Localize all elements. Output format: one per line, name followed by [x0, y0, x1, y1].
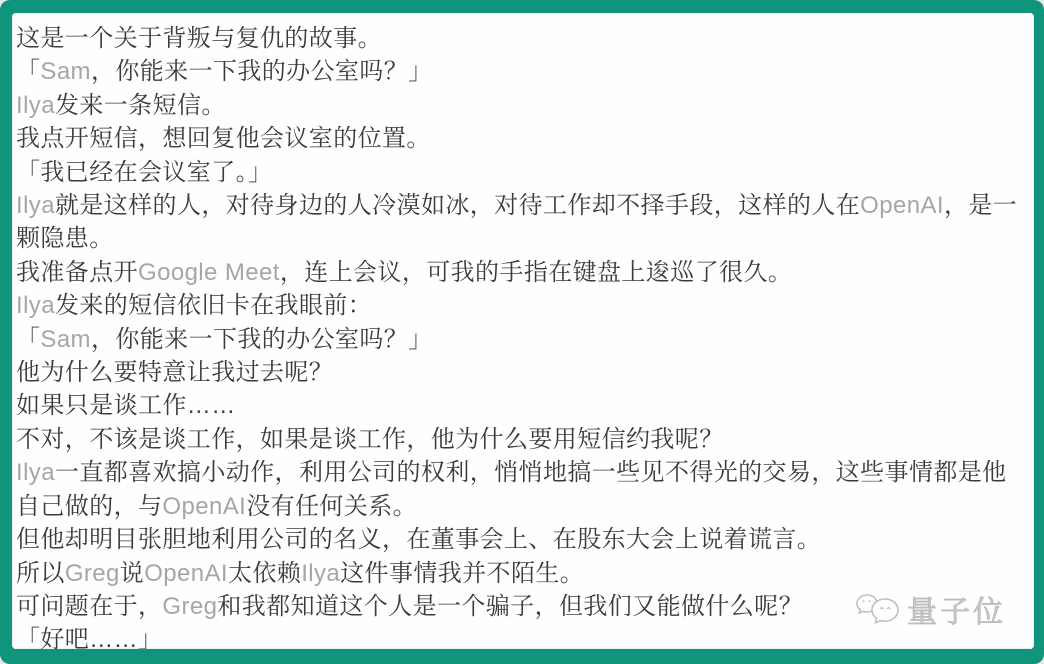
qbitai-watermark: 量子位	[855, 587, 1006, 631]
latin-name-text: Google Meet	[138, 259, 280, 286]
latin-name-text: Greg	[162, 593, 217, 620]
latin-name-text: Sam	[40, 58, 91, 85]
chat-bubbles-icon	[855, 591, 901, 627]
latin-name-text: Sam	[40, 326, 91, 353]
screenshot-canvas: 这是一个关于背叛与复仇的故事。「Sam，你能来一下我的办公室吗？」Ilya发来一…	[0, 0, 1044, 664]
latin-name-text: Ilya	[16, 92, 55, 119]
story-text: 这是一个关于背叛与复仇的故事。「Sam，你能来一下我的办公室吗？」Ilya发来一…	[16, 22, 1030, 649]
story-line: Ilya发来的短信依旧卡在我眼前：	[16, 289, 1030, 322]
story-line: 他为什么要特意让我过去呢？	[16, 356, 1030, 389]
latin-name-text: OpenAI	[144, 560, 228, 587]
latin-name-text: Ilya	[16, 192, 55, 219]
latin-name-text: Greg	[65, 560, 120, 587]
story-line: Ilya一直都喜欢搞小动作，利用公司的权利，悄悄地搞一些见不得光的交易，这些事情…	[16, 456, 1030, 523]
watermark-label: 量子位	[907, 587, 1006, 631]
teal-border-frame: 这是一个关于背叛与复仇的故事。「Sam，你能来一下我的办公室吗？」Ilya发来一…	[0, 0, 1044, 664]
latin-name-text: Ilya	[16, 459, 55, 486]
story-line: Ilya就是这样的人，对待身边的人冷漠如冰，对待工作却不择手段，这样的人在Ope…	[16, 189, 1030, 256]
latin-name-text: OpenAI	[860, 192, 944, 219]
story-line: 我准备点开Google Meet，连上会议，可我的手指在键盘上逡巡了很久。	[16, 256, 1030, 289]
story-line: 但他却明目张胆地利用公司的名义，在董事会上、在股东大会上说着谎言。	[16, 523, 1030, 556]
story-line: Ilya发来一条短信。	[16, 89, 1030, 122]
latin-name-text: Ilya	[301, 560, 340, 587]
story-line: 如果只是谈工作……	[16, 389, 1030, 422]
story-line: 「Sam，你能来一下我的办公室吗？」	[16, 323, 1030, 356]
story-line: 「Sam，你能来一下我的办公室吗？」	[16, 55, 1030, 88]
story-line: 所以Greg说OpenAI太依赖Ilya这件事情我并不陌生。	[16, 557, 1030, 590]
latin-name-text: Ilya	[16, 292, 55, 319]
story-line: 这是一个关于背叛与复仇的故事。	[16, 22, 1030, 55]
story-line: 我点开短信，想回复他会议室的位置。	[16, 122, 1030, 155]
story-line: 不对，不该是谈工作，如果是谈工作，他为什么要用短信约我呢？	[16, 423, 1030, 456]
story-line: 「我已经在会议室了。」	[16, 156, 1030, 189]
story-page: 这是一个关于背叛与复仇的故事。「Sam，你能来一下我的办公室吗？」Ilya发来一…	[12, 13, 1034, 649]
latin-name-text: OpenAI	[162, 493, 246, 520]
